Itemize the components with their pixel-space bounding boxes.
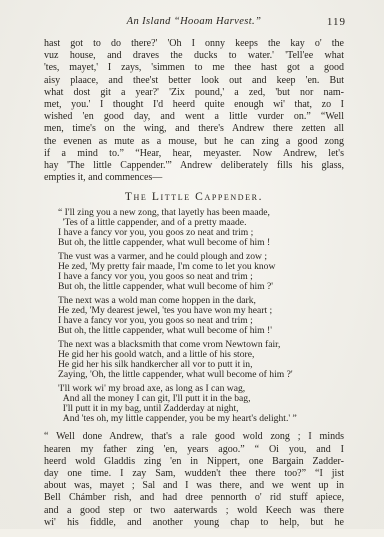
stanza: 'I'll work wi' my broad axe, as long as …: [58, 384, 344, 424]
verse-line: But oh, the little cappender, what wull …: [58, 326, 344, 336]
stanza: “ I'll zing you a new zong, that layetly…: [58, 208, 344, 248]
stanza: The next was a blacksmith that come vrom…: [58, 340, 344, 380]
text-line: what dost git a year?' 'Zix pound,' a ze…: [44, 87, 344, 99]
text-line: vuz house, and draves the ducks to water…: [44, 50, 344, 62]
paragraph-2: “ Well done Andrew, that's a rale good w…: [44, 431, 344, 529]
text-line: hearen my father zing 'en, years agoo.” …: [44, 444, 344, 456]
running-title: An Island “Hooam Harvest.”: [44, 16, 344, 27]
verse-line: But oh, the little cappender, what wull …: [58, 238, 344, 248]
page-header: An Island “Hooam Harvest.” 119: [44, 16, 344, 31]
text-line: wi' his fiddle, and another young chap t…: [44, 517, 344, 529]
text-line: the evenen as mute as a mouse, but he ca…: [44, 136, 344, 148]
text-line: met, you.' I thought I'd heerd quite eno…: [44, 99, 344, 111]
text-line: 'tes, mayet,' I zays, 'simmen to me thee…: [44, 62, 344, 74]
verse-line: And 'tes oh, my little cappender, you be…: [58, 414, 344, 424]
verse-line: Zaying, 'Oh, the little cappender, what …: [58, 370, 344, 380]
text-line: about was, mayet ; Sal and I was there, …: [44, 480, 344, 492]
paragraph-1: hast got to do there?' 'Oh I onny keeps …: [44, 38, 344, 184]
text-line: if a mind to.” “Hear, hear, meyaster. No…: [44, 148, 344, 160]
song-title: The Little Cappender.: [44, 191, 344, 203]
text-line: hay 'The little Cappender.'” Andrew deli…: [44, 160, 344, 172]
text-line: wished 'en good day, and went a little v…: [44, 111, 344, 123]
stanza: The next was a wold man come hoppen in t…: [58, 296, 344, 336]
text-line: hast got to do there?' 'Oh I onny keeps …: [44, 38, 344, 50]
song-stanzas: “ I'll zing you a new zong, that layetly…: [44, 208, 344, 424]
text-line: Bell Chámber rish, and had dree pennorth…: [44, 492, 344, 504]
text-line: heerd wold Gladdis zing 'en in Nippert, …: [44, 456, 344, 468]
text-line: and a good step or two aaterwards ; wold…: [44, 505, 344, 517]
text-line: men, time's on the wing, and there's And…: [44, 123, 344, 135]
text-line: empties it, and commences—: [44, 172, 344, 184]
text-line: aisy plaace, and thee'st better look out…: [44, 75, 344, 87]
stanza: The vust was a varmer, and he could plou…: [58, 252, 344, 292]
verse-line: But oh, the little cappender, what wull …: [58, 282, 344, 292]
book-page: An Island “Hooam Harvest.” 119 hast got …: [0, 0, 384, 529]
text-line: day one time. I zay Sam, wudden't thee t…: [44, 468, 344, 480]
page-number: 119: [327, 16, 346, 28]
text-line: “ Well done Andrew, that's a rale good w…: [44, 431, 344, 443]
